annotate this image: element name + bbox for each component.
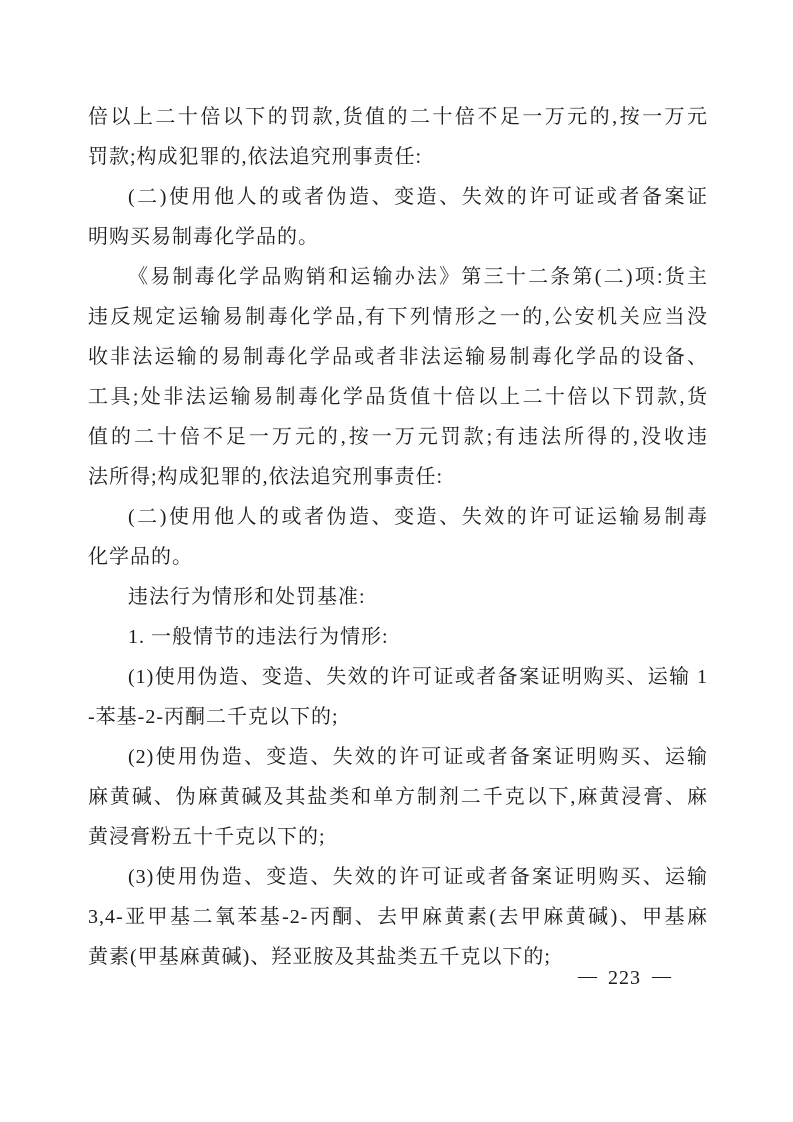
- text-line: 明购买易制毒化学品的。: [88, 217, 708, 257]
- text-line: 1. 一般情节的违法行为情形:: [88, 617, 708, 657]
- text-line: 《易制毒化学品购销和运输办法》第三十二条第(二)项:货主: [88, 257, 708, 297]
- text-line: (1)使用伪造、变造、失效的许可证或者备案证明购买、运输 1: [88, 657, 708, 697]
- text-line: 违法行为情形和处罚基准:: [88, 577, 708, 617]
- document-page: 倍以上二十倍以下的罚款,货值的二十倍不足一万元的,按一万元罚款;构成犯罪的,依法…: [0, 0, 793, 1122]
- text-line: 化学品的。: [88, 537, 708, 577]
- document-body: 倍以上二十倍以下的罚款,货值的二十倍不足一万元的,按一万元罚款;构成犯罪的,依法…: [88, 97, 708, 977]
- text-line: 值的二十倍不足一万元的,按一万元罚款;有违法所得的,没收违: [88, 417, 708, 457]
- text-line: (二)使用他人的或者伪造、变造、失效的许可证运输易制毒: [88, 497, 708, 537]
- text-line: 法所得;构成犯罪的,依法追究刑事责任:: [88, 457, 708, 497]
- text-line: -苯基-2-丙酮二千克以下的;: [88, 697, 708, 737]
- text-line: 工具;处非法运输易制毒化学品货值十倍以上二十倍以下罚款,货: [88, 377, 708, 417]
- footer-dash-left: —: [578, 966, 597, 987]
- page-footer: —223—: [578, 963, 671, 994]
- page-number: 223: [608, 967, 641, 989]
- text-line: (二)使用他人的或者伪造、变造、失效的许可证或者备案证: [88, 177, 708, 217]
- text-line: (2)使用伪造、变造、失效的许可证或者备案证明购买、运输: [88, 737, 708, 777]
- footer-dash-right: —: [652, 966, 671, 987]
- text-line: 罚款;构成犯罪的,依法追究刑事责任:: [88, 137, 708, 177]
- text-line: 麻黄碱、伪麻黄碱及其盐类和单方制剂二千克以下,麻黄浸膏、麻: [88, 777, 708, 817]
- text-line: 倍以上二十倍以下的罚款,货值的二十倍不足一万元的,按一万元: [88, 97, 708, 137]
- text-line: (3)使用伪造、变造、失效的许可证或者备案证明购买、运输: [88, 857, 708, 897]
- text-line: 违反规定运输易制毒化学品,有下列情形之一的,公安机关应当没: [88, 297, 708, 337]
- text-line: 收非法运输的易制毒化学品或者非法运输易制毒化学品的设备、: [88, 337, 708, 377]
- text-line: 黄浸膏粉五十千克以下的;: [88, 817, 708, 857]
- text-line: 3,4-亚甲基二氧苯基-2-丙酮、去甲麻黄素(去甲麻黄碱)、甲基麻: [88, 897, 708, 937]
